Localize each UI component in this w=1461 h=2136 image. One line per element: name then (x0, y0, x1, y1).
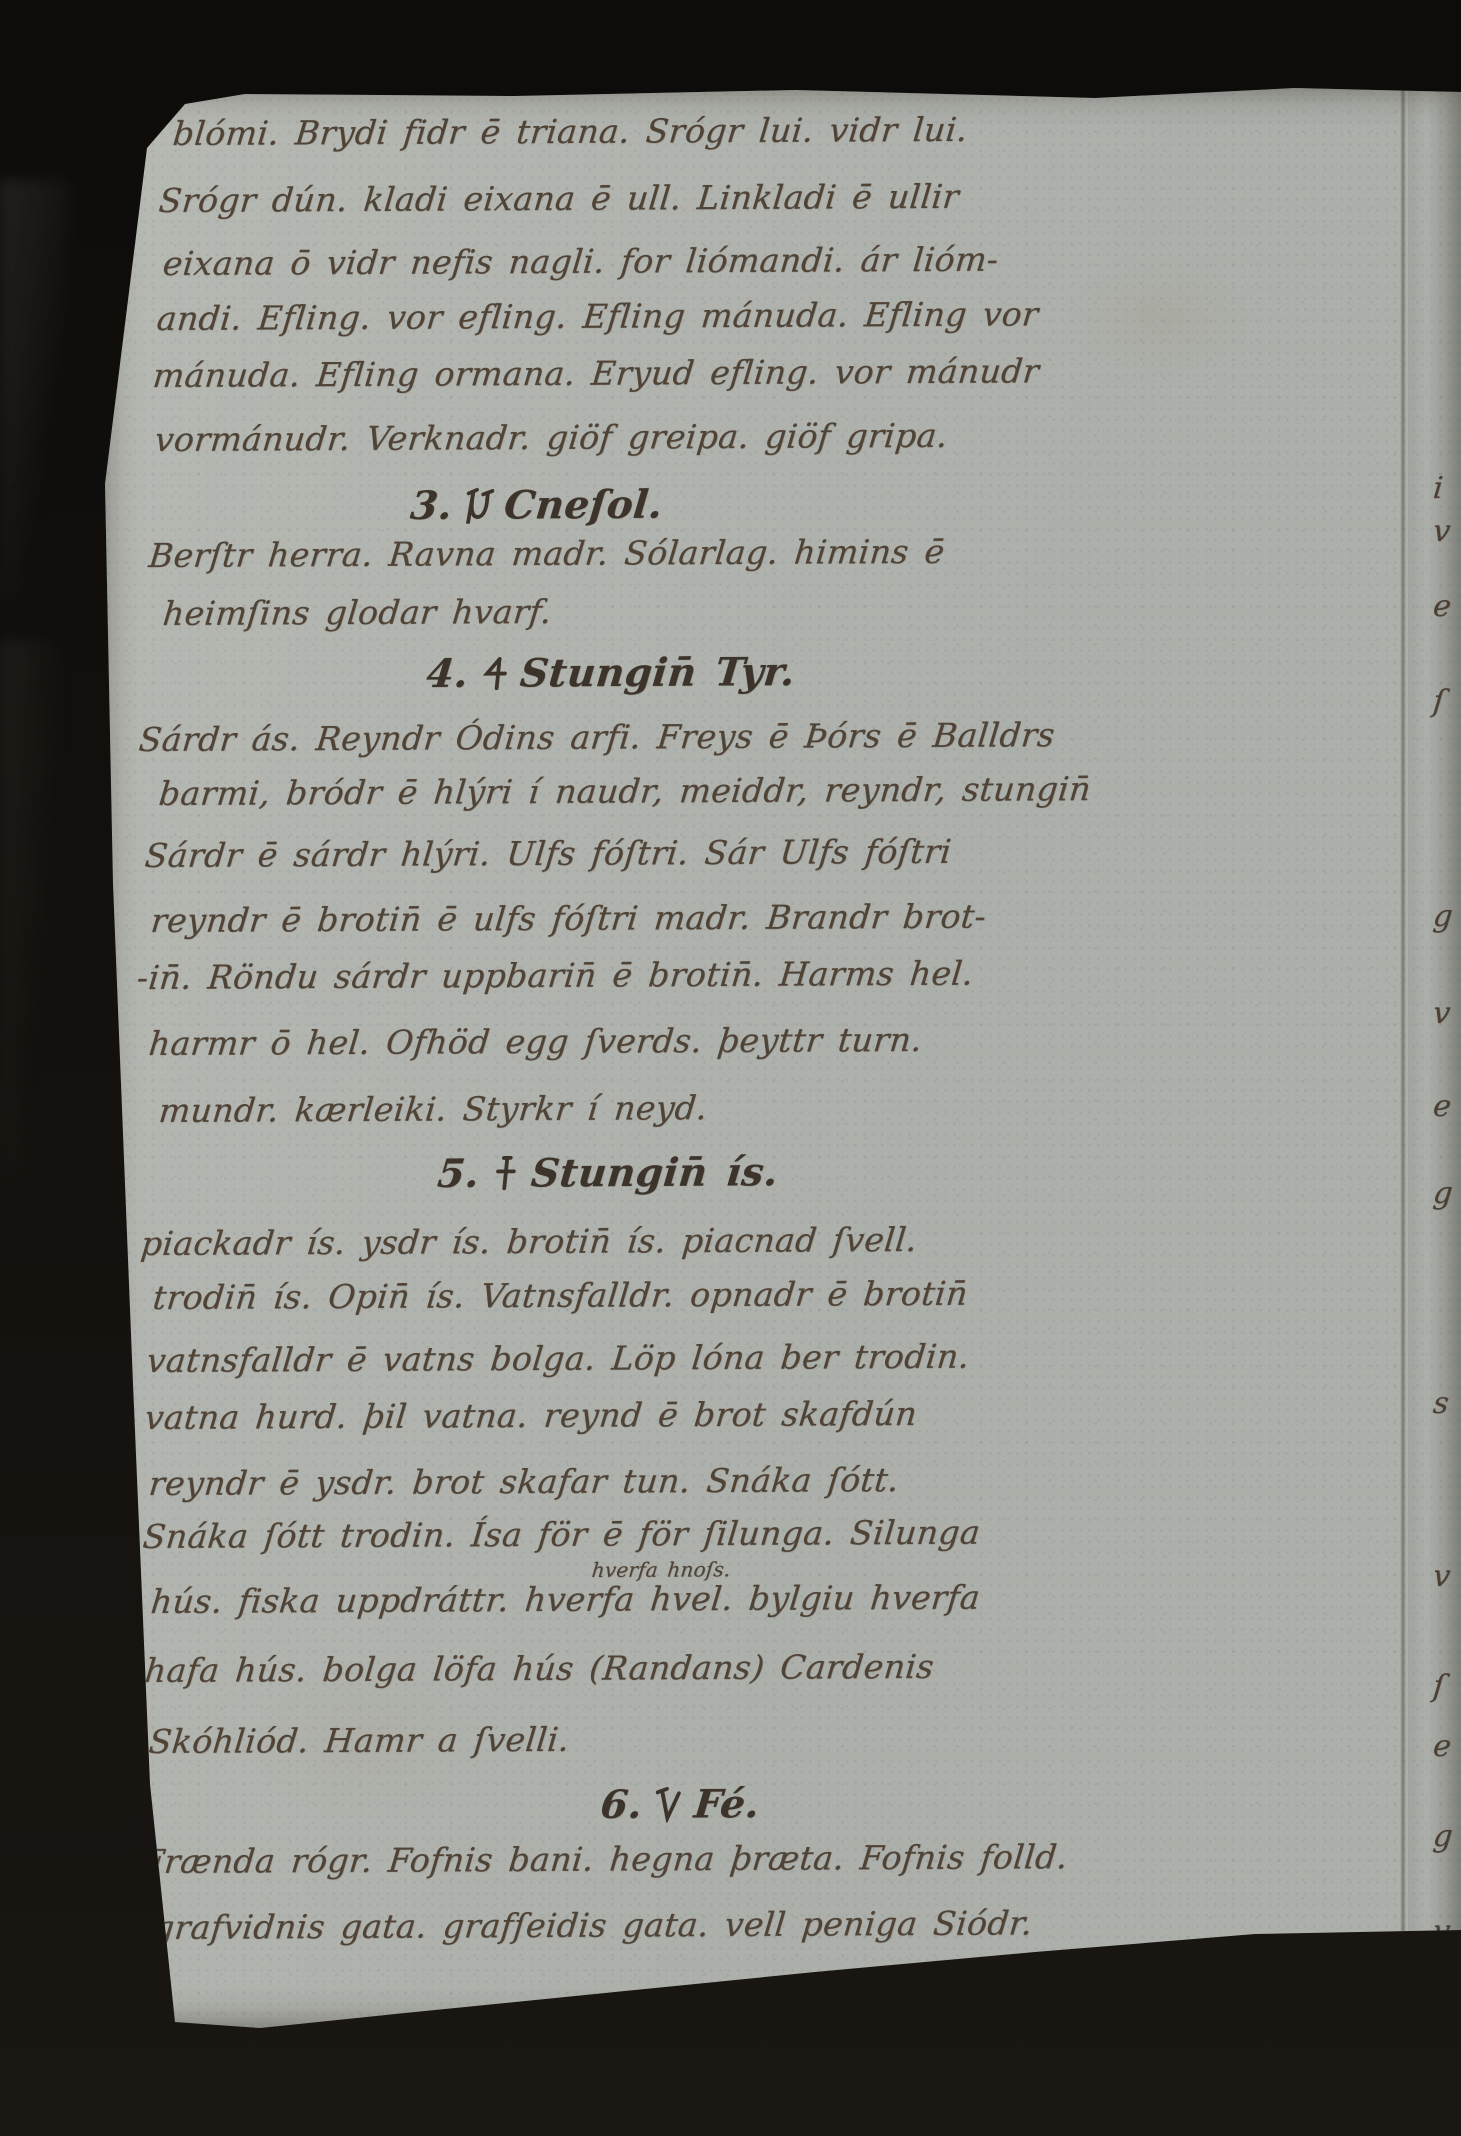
manuscript-line: vatna hurd. þil vatna. reynd ē brot skaf… (143, 1394, 919, 1437)
manuscript-line: blómi. Brydi fidr ē triana. Srógr lui. v… (171, 110, 970, 153)
margin-fragment-glyph: v (1432, 1914, 1453, 1949)
section-number: 6. (598, 1782, 644, 1828)
manuscript-line: Berſtr herra. Ravna madr. Sólarlag. himi… (147, 532, 946, 575)
section-title: Cneſol. (502, 482, 665, 529)
manuscript-line: vormánudr. Verknadr. giöf greipa. giöf g… (153, 416, 950, 459)
manuscript-line: barmi, bródr ē hlýri í naudr, meiddr, re… (157, 769, 1093, 813)
manuscript-line: Sárdr ás. Reyndr Ódins arfi. Freys ē Þór… (137, 715, 1057, 759)
margin-fragment-glyph: v (1432, 514, 1453, 549)
manuscript-line: Frænda rógr. Fofnis bani. hegna þræta. F… (139, 1837, 1070, 1881)
margin-fragment-glyph: v (1432, 1559, 1453, 1594)
manuscript-line: Snáka ſótt trodin. Ísa för ē för ſilunga… (141, 1513, 982, 1556)
manuscript-line: vatnsfalldr ē vatns bolga. Löp lóna ber … (145, 1337, 971, 1380)
section-title: Stungin̄ Tyr. (518, 649, 797, 696)
section-heading: 6.Fé. (598, 1781, 761, 1828)
manuscript-line: trodin̄ ís. Opin̄ ís. Vatnsfalldr. opnad… (151, 1274, 970, 1317)
margin-fragment-glyph: e (1432, 589, 1454, 624)
manuscript-line: reyndr ē ysdr. brot skafar tun. Snáka ſó… (147, 1460, 901, 1503)
section-title: Stungin̄ ís. (529, 1149, 780, 1196)
manuscript-line: heimſins glodar hvarf. (161, 592, 553, 633)
margin-fragment-glyph: g (1432, 1176, 1455, 1211)
margin-fragment-glyph: e (1432, 1729, 1454, 1764)
rune-glyph-stunginn-iss (489, 1156, 521, 1192)
scanner-light-streak (0, 180, 70, 600)
section-number: 5. (435, 1151, 481, 1197)
page-fold-shadow (1400, 84, 1407, 2034)
manuscript-line: Sárdr ē sárdr hlýri. Ulfs fóſtri. Sár Ul… (143, 832, 953, 875)
margin-fragment-glyph: s (1432, 1386, 1451, 1421)
manuscript-line: reyndr ē brotin̄ ē ulfs fóſtri madr. Bra… (149, 897, 988, 940)
margin-fragment-glyph: v (1432, 996, 1453, 1031)
rune-glyph-stunginn-tyr (478, 656, 510, 692)
manuscript-line: mánuda. Efling ormana. Eryud efling. vor… (151, 351, 1041, 395)
manuscript-line: -in̄. Röndu sárdr uppbarin̄ ē brotin̄. H… (135, 954, 975, 997)
section-heading: 5.Stungin̄ ís. (435, 1149, 780, 1197)
rune-glyph-ur (462, 488, 494, 524)
margin-fragment-glyph: g (1432, 1819, 1455, 1854)
section-heading: 3.Cneſol. (408, 482, 664, 529)
manuscript-line: hús. fiska uppdráttr. hverfa hvel. bylgi… (149, 1578, 982, 1621)
manuscript-line: eixana ō vidr nefis nagli. for liómandi.… (161, 240, 1000, 283)
manuscript-line: mundr. kærleiki. Styrkr í neyd. (157, 1088, 709, 1130)
section-number: 4. (424, 651, 470, 697)
section-title: Fé. (692, 1781, 762, 1827)
section-heading: 4.Stungin̄ Tyr. (424, 649, 797, 697)
manuscript-line: grafvidnis gata. grafſeidis gata. vell p… (151, 1903, 1034, 1947)
section-number: 3. (408, 483, 454, 529)
scanner-light-streak (0, 640, 60, 1180)
manuscript-line: Srógr dún. kladi eixana ē ull. Linkladi … (157, 177, 961, 220)
manuscript-line: harmr ō hel. Ofhöd egg ſverds. þeyttr tu… (147, 1020, 924, 1063)
margin-fragment-glyph: e (1432, 1089, 1454, 1124)
manuscript-line: andi. Efling. vor efling. Efling mánuda.… (155, 294, 1040, 338)
manuscript-scan: blómi. Brydi fidr ē triana. Srógr lui. v… (0, 0, 1461, 2136)
manuscript-page: blómi. Brydi fidr ē triana. Srógr lui. v… (95, 84, 1461, 2034)
rune-glyph-fe (652, 1787, 684, 1823)
manuscript-line: piackadr ís. ysdr ís. brotin̄ ís. piacna… (139, 1220, 919, 1263)
margin-fragment-glyph: g (1432, 899, 1455, 934)
manuscript-line: hafa hús. bolga löfa hús (Randans) Carde… (143, 1647, 936, 1690)
manuscript-line: Skóhliód. Hamr a ſvelli. (147, 1720, 571, 1761)
